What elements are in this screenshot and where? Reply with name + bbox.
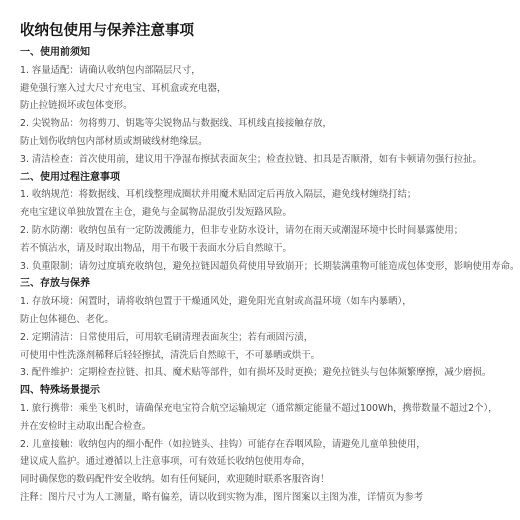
text-line: 同时确保您的数码配件安全收纳。如有任何疑问，欢迎随时联系客服咨询！	[20, 471, 512, 489]
text-line: 3. 配件维护：定期检查拉链、扣具、魔术贴等部件，如有损坏及时更换；避免拉链头与…	[20, 364, 512, 382]
text-line: 3. 负重限制：请勿过度填充收纳包，避免拉链因超负荷使用导致崩开；长期装满重物可…	[20, 258, 512, 276]
text-line: 2. 儿童接触：收纳包内的细小配件（如拉链头、挂钩）可能存在吞咽风险，请避免儿童…	[20, 436, 512, 454]
text-line: 2. 尖锐物品：勿将剪刀、钥匙等尖锐物品与数据线、耳机线直接接触存放，	[20, 115, 512, 133]
section-heading-special-scenarios: 四、特殊场景提示	[20, 382, 512, 400]
page-title: 收纳包使用与保养注意事项	[20, 20, 512, 42]
text-line: 2. 防水防潮：收纳包虽有一定防泼溅能力，但非专业防水设计，请勿在雨天或潮湿环境…	[20, 222, 512, 240]
text-line: 防止划伤收纳包内部材质或割破线材绝缘层。	[20, 133, 512, 151]
text-line: 若不慎沾水，请及时取出物品，用干布吸干表面水分后自然晾干。	[20, 240, 512, 258]
text-line: 充电宝建议单独放置在主仓，避免与金属物品混放引发短路风险。	[20, 204, 512, 222]
text-line: 1. 收纳规范：将数据线、耳机线整理成圈状并用魔术贴固定后再放入隔层，避免线材缠…	[20, 186, 512, 204]
text-line: 1. 存放环境：闲置时，请将收纳包置于干燥通风处，避免阳光直射或高温环境（如车内…	[20, 293, 512, 311]
text-line: 3. 清洁检查：首次使用前，建议用干净湿布擦拭表面灰尘；检查拉链、扣具是否顺滑，…	[20, 151, 512, 169]
section-heading-before-use: 一、使用前须知	[20, 44, 512, 62]
text-line: 避免强行塞入过大尺寸充电宝、耳机盒或充电器，	[20, 80, 512, 98]
text-line: 并在安检时主动取出配合检查。	[20, 418, 512, 436]
section-heading-during-use: 二、使用过程注意事项	[20, 169, 512, 187]
text-line: 1. 容量适配：请确认收纳包内部隔层尺寸，	[20, 62, 512, 80]
text-line: 可使用中性洗涤剂稀释后轻轻擦拭，清洗后自然晾干，不可暴晒或烘干。	[20, 347, 512, 365]
text-line: 1. 旅行携带：乘坐飞机时，请确保充电宝符合航空运输规定（通常额定能量不超过10…	[20, 400, 512, 418]
section-heading-storage-care: 三、存放与保养	[20, 275, 512, 293]
footnote: 注释：图片尺寸为人工测量，略有偏差，请以收到实物为准，图片图案以主图为准，详情页…	[20, 489, 512, 507]
text-line: 防止包体褪色、老化。	[20, 311, 512, 329]
text-line: 防止拉链损坏或包体变形。	[20, 97, 512, 115]
section-special-scenarios: 四、特殊场景提示 1. 旅行携带：乘坐飞机时，请确保充电宝符合航空运输规定（通常…	[20, 382, 512, 489]
care-instructions-document: 收纳包使用与保养注意事项 一、使用前须知 1. 容量适配：请确认收纳包内部隔层尺…	[0, 0, 520, 520]
section-storage-care: 三、存放与保养 1. 存放环境：闲置时，请将收纳包置于干燥通风处，避免阳光直射或…	[20, 275, 512, 382]
section-during-use: 二、使用过程注意事项 1. 收纳规范：将数据线、耳机线整理成圈状并用魔术贴固定后…	[20, 169, 512, 276]
text-line: 建议成人监护。通过遵循以上注意事项，可有效延长收纳包使用寿命，	[20, 453, 512, 471]
text-line: 2. 定期清洁：日常使用后，可用软毛刷清理表面灰尘；若有顽固污渍，	[20, 329, 512, 347]
section-before-use: 一、使用前须知 1. 容量适配：请确认收纳包内部隔层尺寸， 避免强行塞入过大尺寸…	[20, 44, 512, 169]
